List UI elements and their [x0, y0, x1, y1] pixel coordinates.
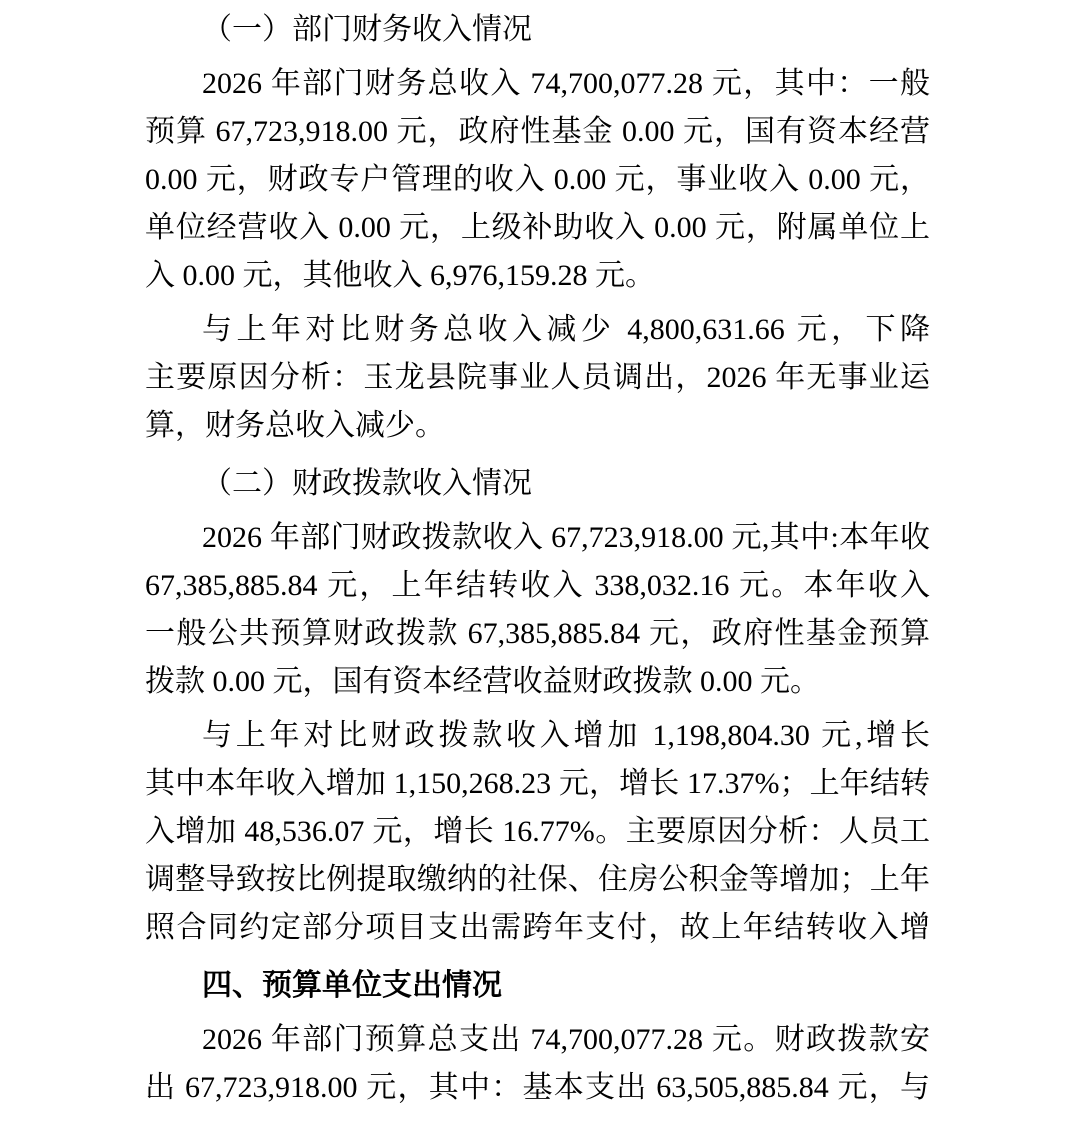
paragraph: 与上年对比财政拨款收入增加 1,198,804.30 元,增长 18.02%。其… [145, 712, 930, 952]
text-line: 与上年对比财务总收入减少 4,800,631.66 元，下降 6.04%， [145, 306, 930, 354]
text-line: 2026 年部门财政拨款收入 67,723,918.00 元,其中:本年收入 [145, 514, 930, 562]
text-line: 主要原因分析：玉龙县院事业人员调出，2026 年无事业运行预 [145, 354, 930, 402]
text-line: 单位经营收入 0.00 元，上级补助收入 0.00 元，附属单位上缴收 [145, 204, 930, 252]
text-line: 与上年对比财政拨款收入增加 1,198,804.30 元,增长 18.02%。 [145, 712, 930, 760]
document-page: （一）部门财务收入情况2026 年部门财务总收入 74,700,077.28 元… [0, 0, 1074, 1121]
text-line: 一般公共预算财政拨款 67,385,885.84 元，政府性基金预算财政 [145, 610, 930, 658]
text-line: 其中本年收入增加 1,150,268.23 元，增长 17.37%；上年结转收 [145, 760, 930, 808]
text-line: 出 67,723,918.00 元，其中：基本支出 63,505,885.84 … [145, 1064, 930, 1112]
paragraph: 与上年对比财务总收入减少 4,800,631.66 元，下降 6.04%，主要原… [145, 306, 930, 450]
text-line: 四、预算单位支出情况 [145, 962, 930, 1010]
paragraph: 2026 年部门预算总支出 74,700,077.28 元。财政拨款安排支出 6… [145, 1016, 930, 1112]
text-line: 2026 年部门财务总收入 74,700,077.28 元，其中：一般公共 [145, 60, 930, 108]
section-heading: 四、预算单位支出情况 [145, 962, 930, 1010]
text-line: 调整导致按比例提取缴纳的社保、住房公积金等增加；上年按 [145, 856, 930, 904]
text-line: 算，财务总收入减少。 [145, 402, 930, 450]
text-line: 照合同约定部分项目支出需跨年支付，故上年结转收入增加。 [145, 904, 930, 952]
text-line: 拨款 0.00 元，国有资本经营收益财政拨款 0.00 元。 [145, 658, 930, 706]
section-heading: （二）财政拨款收入情况 [145, 460, 930, 508]
paragraph: 2026 年部门财务总收入 74,700,077.28 元，其中：一般公共预算 … [145, 60, 930, 300]
text-line: 入 0.00 元，其他收入 6,976,159.28 元。 [145, 252, 930, 300]
section-heading: （一）部门财务收入情况 [145, 6, 930, 54]
text-line: 入增加 48,536.07 元，增长 16.77%。主要原因分析：人员工资 [145, 808, 930, 856]
text-line: （一）部门财务收入情况 [145, 6, 930, 54]
text-line: 2026 年部门预算总支出 74,700,077.28 元。财政拨款安排支 [145, 1016, 930, 1064]
text-line: 预算 67,723,918.00 元，政府性基金 0.00 元，国有资本经营收益 [145, 108, 930, 156]
text-line: 0.00 元，财政专户管理的收入 0.00 元，事业收入 0.00 元，事业 [145, 156, 930, 204]
paragraph: 2026 年部门财政拨款收入 67,723,918.00 元,其中:本年收入67… [145, 514, 930, 706]
text-line: （二）财政拨款收入情况 [145, 460, 930, 508]
text-line: 67,385,885.84 元，上年结转收入 338,032.16 元。本年收入… [145, 562, 930, 610]
